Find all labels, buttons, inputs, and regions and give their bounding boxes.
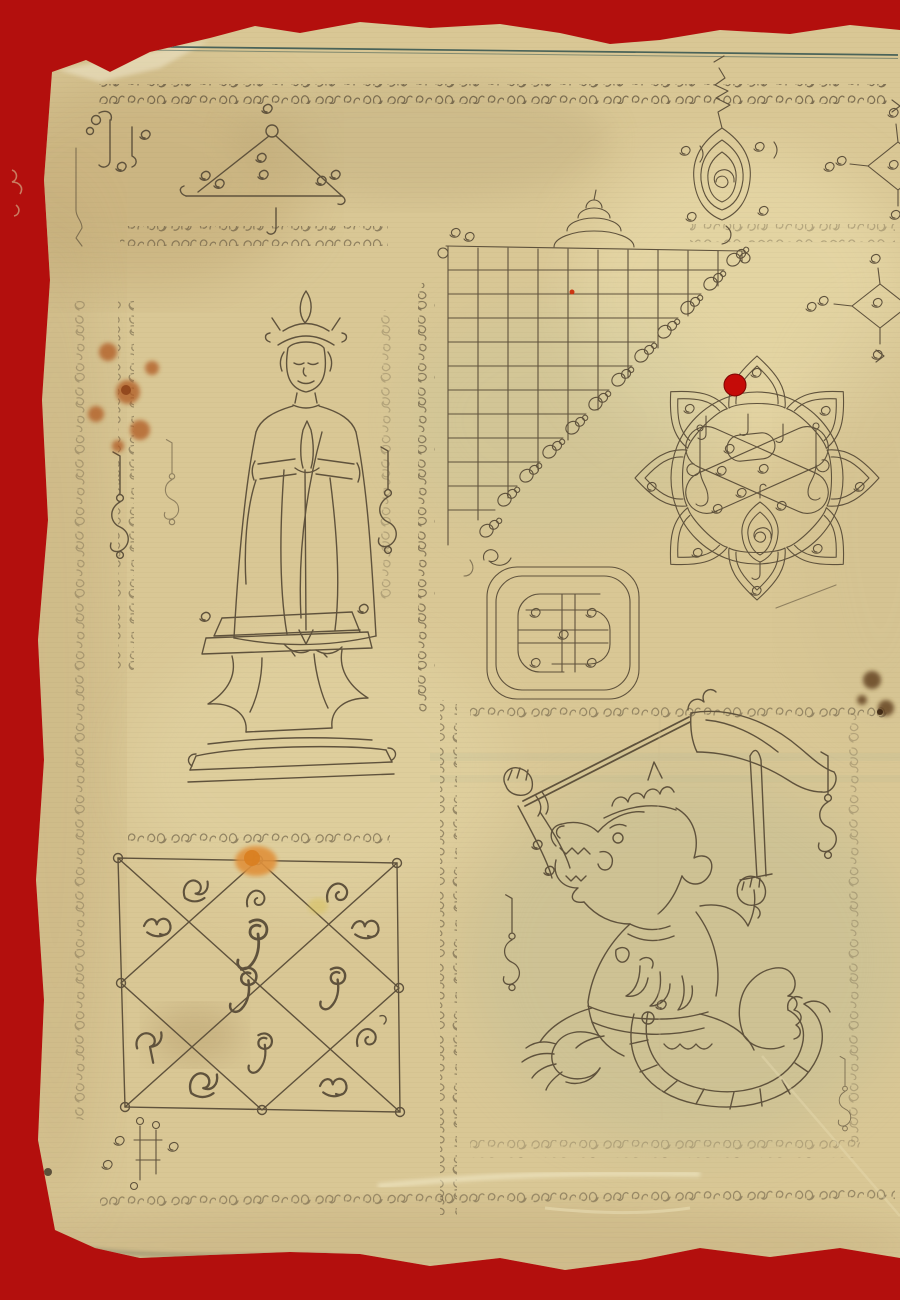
- manuscript-photo: [0, 0, 900, 1300]
- script-column-right-of-buddha: [380, 310, 394, 600]
- script-line-2-right: [690, 224, 895, 242]
- script-column-central-lower: [440, 700, 457, 1215]
- script-column-left-outer: [70, 300, 86, 1120]
- script-line-bottom-faint: [470, 1140, 860, 1158]
- manuscript-leaf: [0, 0, 900, 1300]
- script-line-2-left: [120, 226, 388, 246]
- script-column-right-edge: [848, 712, 863, 1142]
- script-line-mid: [470, 700, 890, 718]
- script-line-above-square: [128, 830, 390, 848]
- red-speck: [570, 290, 575, 295]
- red-hole: [724, 374, 746, 396]
- orange-stain: [235, 846, 277, 876]
- script-column-central-upper: [418, 283, 435, 713]
- script-line-top: [95, 84, 890, 104]
